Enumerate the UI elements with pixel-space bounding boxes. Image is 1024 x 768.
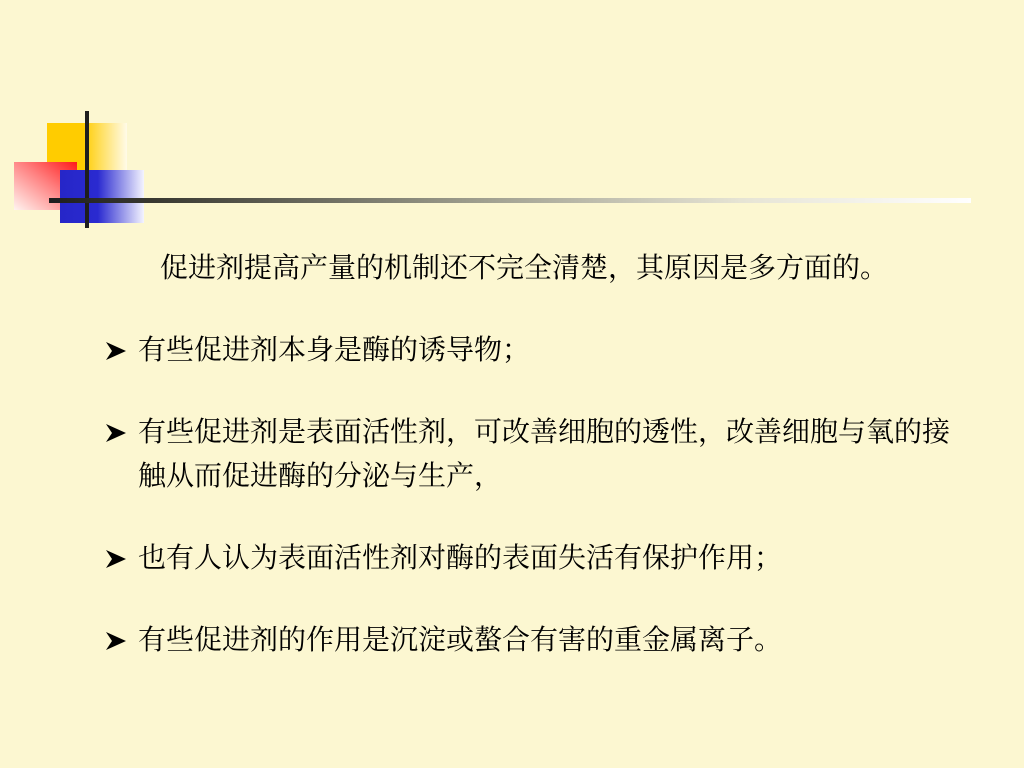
bullet-item: 有些促进剂的作用是沉淀或螯合有害的重金属离子。 (104, 618, 964, 662)
slide-body: 促进剂提高产量的机制还不完全清楚，其原因是多方面的。 有些促进剂本身是酶的诱导物… (104, 246, 964, 700)
bullet-text: 有些促进剂的作用是沉淀或螯合有害的重金属离子。 (138, 618, 964, 662)
bullet-item: 也有人认为表面活性剂对酶的表面失活有保护作用； (104, 536, 964, 580)
blue-square-decoration (60, 170, 144, 223)
bullet-text: 有些促进剂是表面活性剂，可改善细胞的透性，改善细胞与氧的接触从而促进酶的分泌与生… (138, 410, 964, 498)
bullet-text: 有些促进剂本身是酶的诱导物； (138, 328, 964, 372)
bullet-text: 也有人认为表面活性剂对酶的表面失活有保护作用； (138, 536, 964, 580)
bullet-item: 有些促进剂是表面活性剂，可改善细胞的透性，改善细胞与氧的接触从而促进酶的分泌与生… (104, 410, 964, 498)
intro-paragraph: 促进剂提高产量的机制还不完全清楚，其原因是多方面的。 (104, 246, 964, 290)
bullet-item: 有些促进剂本身是酶的诱导物； (104, 328, 964, 372)
title-decoration (0, 0, 1024, 240)
vertical-line-decoration (85, 111, 89, 228)
horizontal-rule-decoration (49, 198, 971, 203)
